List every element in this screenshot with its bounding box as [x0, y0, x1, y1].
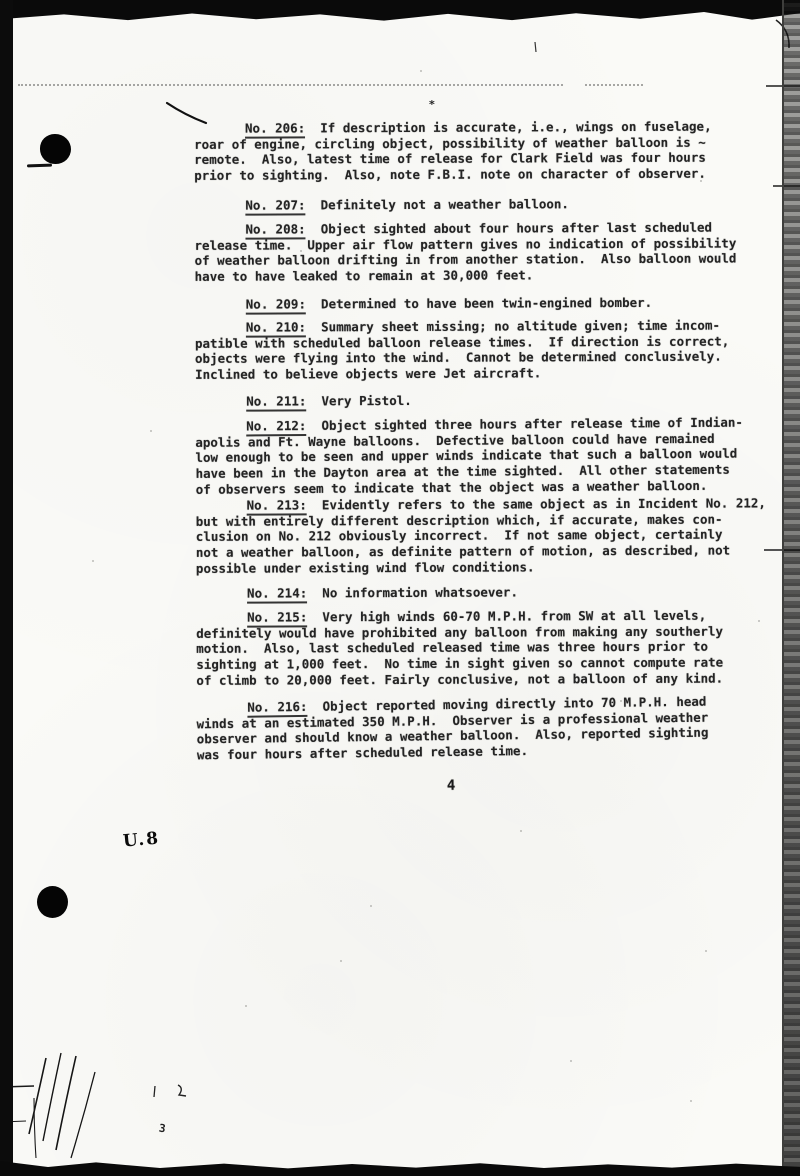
noise-speck: [758, 620, 760, 622]
noise-speck: [245, 1005, 247, 1007]
scanned-document-page: No. 206: If description is accurate, i.e…: [0, 0, 800, 1176]
noise-speck: [300, 250, 302, 252]
noise-speck: [705, 950, 707, 952]
scan-edge-right: [782, 0, 800, 1176]
noise-speck: [700, 180, 702, 182]
noise-speck: [340, 960, 342, 962]
noise-speck: [520, 830, 522, 832]
noise-speck: [620, 700, 622, 702]
noise-speck: [420, 70, 422, 72]
noise-speck: [570, 1060, 572, 1062]
noise-speck: [655, 420, 657, 422]
hole-punch-bottom: [37, 886, 68, 918]
noise-speck: [92, 560, 94, 562]
scratch-marks: [0, 0, 800, 1176]
noise-speck: [690, 1100, 692, 1102]
noise-speck: [370, 905, 372, 907]
noise-speck: [150, 430, 152, 432]
hole-punch-top: [40, 134, 71, 164]
scan-edge-left: [0, 0, 13, 1176]
